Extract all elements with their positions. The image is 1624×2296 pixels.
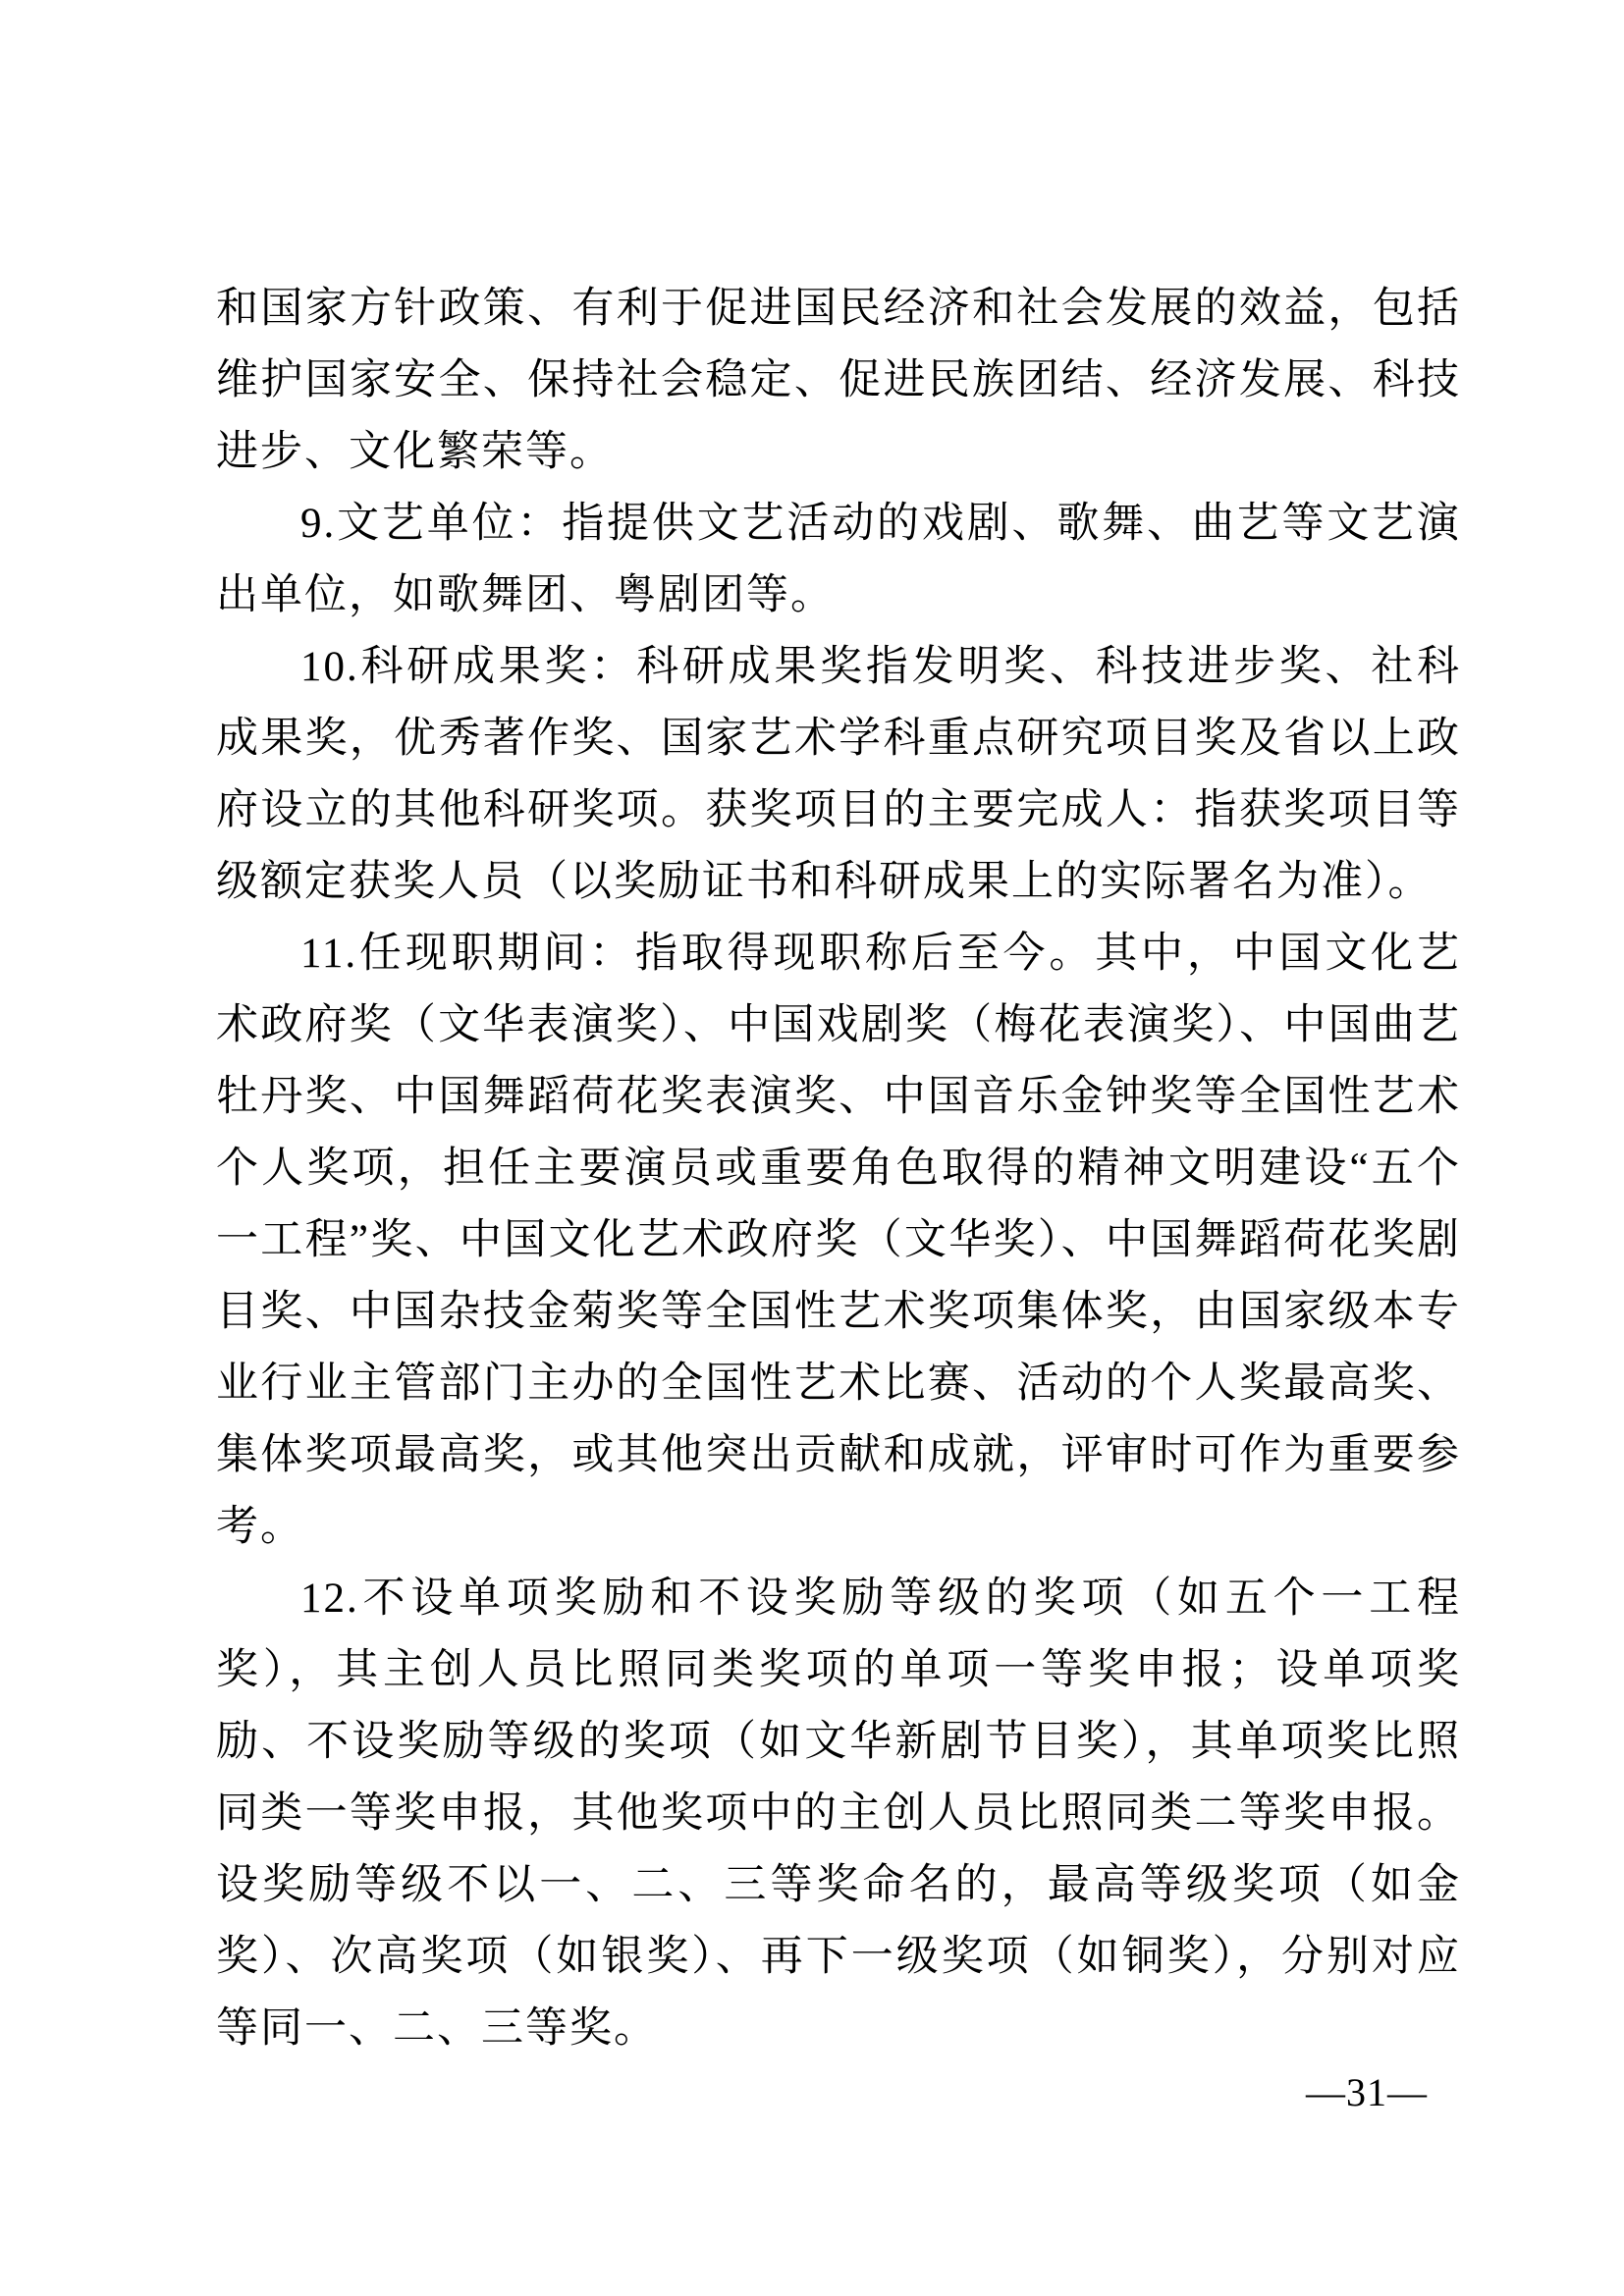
paragraph-continuation: 和国家方针政策、有利于促进国民经济和社会发展的效益，包括维护国家安全、保持社会稳… [216, 273, 1461, 488]
document-body: 和国家方针政策、有利于促进国民经济和社会发展的效益，包括维护国家安全、保持社会稳… [216, 273, 1461, 2064]
paragraph-item-11: 11.任现职期间：指取得现职称后至今。其中，中国文化艺术政府奖（文华表演奖）、中… [216, 918, 1461, 1563]
paragraph-item-12: 12.不设单项奖励和不设奖励等级的奖项（如五个一工程奖），其主创人员比照同类奖项… [216, 1563, 1461, 2064]
paragraph-item-9: 9.文艺单位：指提供文艺活动的戏剧、歌舞、曲艺等文艺演出单位，如歌舞团、粤剧团等… [216, 488, 1461, 631]
paragraph-item-10: 10.科研成果奖：科研成果奖指发明奖、科技进步奖、社科成果奖，优秀著作奖、国家艺… [216, 631, 1461, 918]
document-page: 和国家方针政策、有利于促进国民经济和社会发展的效益，包括维护国家安全、保持社会稳… [0, 0, 1624, 2296]
page-number: —31— [1306, 2069, 1428, 2116]
